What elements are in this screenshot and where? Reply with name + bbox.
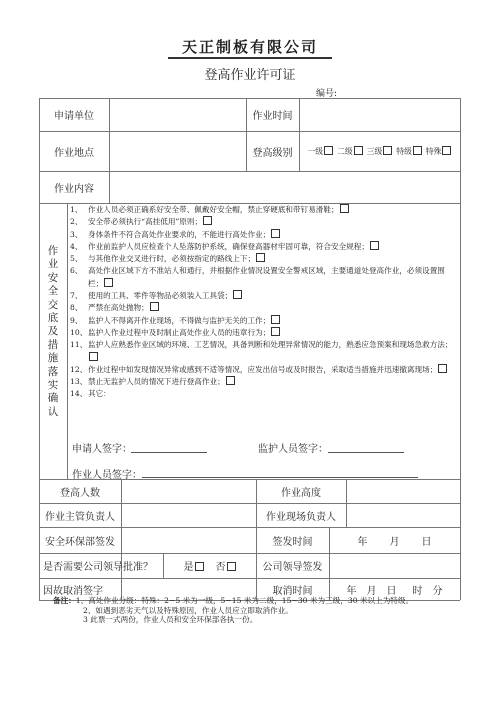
checkbox[interactable]	[354, 146, 363, 155]
checkbox[interactable]	[413, 146, 422, 155]
checkbox[interactable]	[442, 146, 451, 155]
item-text: 与其他作业交叉进行时，必须按指定的路线上下；	[88, 253, 265, 265]
note-line-3: 3 此票一式两份，作业人员和安全环保部各执一份。	[53, 615, 413, 625]
item-number: 7、	[70, 290, 88, 302]
hour-label: 时	[413, 582, 423, 597]
section-label-char: 全	[39, 285, 67, 298]
item-text-content: 高处作业区域下方不准站人和通行，并根据作业情况设置安全警戒区域，主要通道处登高作…	[88, 266, 445, 287]
level-option-1[interactable]: 一级	[308, 146, 334, 157]
height-level-label: 登高级别	[246, 131, 299, 171]
item-text: 高处作业区域下方不准站人和通行，并根据作业情况设置安全警戒区域，主要通道处登高作…	[88, 265, 460, 290]
section-label-char: 实	[39, 379, 67, 392]
confirm-checkbox[interactable]	[226, 376, 235, 385]
section-label-char: 交	[39, 299, 67, 312]
safety-item: 11、监护人应熟悉作业区域的环境、工艺情况，具备判断和处理异常情况的能力，熟悉应…	[70, 339, 460, 364]
height-level-options: 一级 二级 三级 特级 特殊	[299, 131, 460, 171]
safety-item: 9、监护人不得离开作业现场，不得做与监护无关的工作；	[70, 315, 460, 327]
section-label-char: 底	[39, 312, 67, 325]
safety-item: 13、禁止无监护人员的情况下进行登高作业；	[70, 376, 460, 388]
divider	[67, 203, 68, 479]
confirm-checkbox[interactable]	[104, 278, 113, 287]
safety-item: 5、与其他作业交叉进行时，必须按指定的路线上下；	[70, 253, 460, 265]
work-content-field[interactable]	[110, 172, 460, 203]
item-text-content: 监护人应熟悉作业区域的环境、工艺情况，具备判断和处理异常情况的能力，熟悉应急预案…	[88, 340, 453, 349]
confirm-checkbox[interactable]	[340, 204, 349, 213]
notes-label: 备注：	[53, 596, 76, 605]
checkbox[interactable]	[195, 562, 204, 571]
safety-item: 1、作业人员必须正确系好安全带、佩戴好安全帽，禁止穿硬底和带钉易滑鞋；	[70, 204, 460, 216]
item-number: 3、	[70, 229, 88, 241]
level-option-2[interactable]: 二级	[337, 146, 363, 157]
item-number: 12、	[70, 364, 88, 376]
safety-items-list: 1、作业人员必须正确系好安全带、佩戴好安全帽，禁止穿硬底和带钉易滑鞋；2、安全带…	[70, 204, 460, 401]
note-line-2: 2、如遇到恶劣天气以及特殊原因，作业人员应立即取消作业。	[53, 606, 413, 616]
level-option-special-grade[interactable]: 特级	[396, 146, 422, 157]
year-label: 年	[347, 582, 357, 597]
applicant-sign-field[interactable]	[131, 452, 207, 453]
level-option-3[interactable]: 三级	[367, 146, 393, 157]
section-label-char: 及	[39, 325, 67, 338]
safety-item: 3、身体条件不符合高处作业要求的，不能进行高处作业；	[70, 229, 460, 241]
section-label-char: 落	[39, 366, 67, 379]
confirm-checkbox[interactable]	[271, 327, 280, 336]
safety-item: 6、高处作业区域下方不准站人和通行，并根据作业情况设置安全警戒区域，主要通道处登…	[70, 265, 460, 290]
safety-item: 12、作业过程中如发现情况异常或感到不适等情况，应发出信号或及时报告，采取适当措…	[70, 364, 460, 376]
item-text: 禁止无监护人员的情况下进行登高作业；	[88, 376, 235, 388]
checkbox[interactable]	[324, 146, 333, 155]
item-text: 监护人作业过程中及时制止高处作业人员的违章行为；	[88, 327, 280, 339]
confirm-checkbox[interactable]	[150, 302, 159, 311]
work-location-label: 作业地点	[39, 131, 109, 171]
item-text: 作业过程中如发现情况异常或感到不适等情况，应发出信号或及时报告，采取适当措施并迅…	[88, 364, 447, 376]
item-number: 11、	[70, 339, 88, 364]
approval-yes-option[interactable]: 是	[184, 558, 204, 573]
item-text-content: 作业人员必须正确系好安全带、佩戴好安全帽，禁止穿硬底和带钉易滑鞋；	[88, 205, 339, 214]
item-number: 2、	[70, 216, 88, 228]
item-text: 作业前监护人员应检查个人坠落防护系统，确保登高器材牢固可靠，符合安全规程；	[88, 241, 379, 253]
section-label-char: 施	[39, 352, 67, 365]
item-text: 身体条件不符合高处作业要求的，不能进行高处作业；	[88, 229, 280, 241]
climbers-count-field[interactable]	[122, 480, 256, 503]
level-label: 特殊	[426, 147, 442, 156]
safety-dept-field[interactable]	[122, 528, 256, 553]
confirm-checkbox[interactable]	[271, 229, 280, 238]
worker-sign-field[interactable]	[142, 477, 418, 478]
day-label: 日	[422, 533, 432, 548]
item-number: 8、	[70, 302, 88, 314]
site-manager-label: 作业现场负责人	[256, 503, 346, 527]
item-number: 6、	[70, 265, 88, 290]
item-text-content: 禁止无监护人员的情况下进行登高作业；	[88, 377, 225, 386]
level-label: 二级	[337, 147, 353, 156]
item-text-content: 监护人作业过程中及时制止高处作业人员的违章行为；	[88, 328, 270, 337]
leader-sign-field[interactable]	[330, 554, 460, 578]
work-height-field[interactable]	[347, 480, 460, 503]
item-text: 其它：	[88, 388, 111, 400]
divider	[460, 98, 461, 600]
climbers-count-label: 登高人数	[39, 479, 121, 503]
safety-section-label: 作业安全交底及措施落实确认	[39, 245, 67, 419]
guardian-sign-label: 监护人员签字：	[258, 440, 328, 455]
level-label: 三级	[367, 147, 383, 156]
checkbox[interactable]	[383, 146, 392, 155]
item-text: 作业人员必须正确系好安全带、佩戴好安全帽，禁止穿硬底和带钉易滑鞋；	[88, 204, 349, 216]
item-text: 监护人应熟悉作业区域的环境、工艺情况，具备判断和处理异常情况的能力，熟悉应急预案…	[88, 339, 460, 364]
safety-item: 8、严禁在高处抛物；	[70, 302, 460, 314]
leader-sign-label: 公司领导签发	[256, 553, 329, 578]
item-number: 13、	[70, 376, 88, 388]
work-location-field[interactable]	[110, 132, 246, 171]
supervisor-label: 作业主管负责人	[39, 503, 121, 527]
confirm-checkbox[interactable]	[233, 290, 242, 299]
level-option-special[interactable]: 特殊	[426, 146, 452, 157]
safety-item: 14、其它：	[70, 388, 460, 400]
yes-label: 是	[184, 562, 194, 573]
issue-date-field[interactable]: 年 月 日	[329, 527, 460, 553]
item-text-content: 使用的工具、零件等物品必须装入工具袋；	[88, 291, 232, 300]
item-text: 监护人不得离开作业现场，不得做与监护无关的工作；	[88, 315, 280, 327]
approval-no-option[interactable]: 否	[216, 558, 236, 573]
need-approval-label: 是否需要公司领导批准？	[39, 553, 161, 578]
issue-time-label: 签发时间	[256, 527, 329, 553]
work-content-label: 作业内容	[39, 171, 109, 203]
site-manager-field[interactable]	[347, 504, 460, 527]
item-number: 1、	[70, 204, 88, 216]
note-text: 1、高处作业分级：特殊：2~5 米为一级，5~15 米为二级，15~30 米为三…	[76, 596, 413, 605]
work-time-label: 作业时间	[246, 98, 299, 131]
company-name: 天正制板有限公司	[0, 36, 500, 57]
note-line-1: 备注：1、高处作业分级：特殊：2~5 米为一级，5~15 米为二级，15~30 …	[53, 596, 413, 606]
checkbox[interactable]	[227, 562, 236, 571]
item-text: 严禁在高处抛物；	[88, 302, 159, 314]
item-text: 安全带必须执行“高挂低用”原则；	[88, 216, 212, 228]
level-label: 一级	[308, 147, 324, 156]
item-text: 使用的工具、零件等物品必须装入工具袋；	[88, 290, 242, 302]
section-label-char: 认	[39, 406, 67, 419]
item-text-content: 身体条件不符合高处作业要求的，不能进行高处作业；	[88, 230, 270, 239]
item-number: 9、	[70, 315, 88, 327]
item-text-content: 严禁在高处抛物；	[88, 303, 149, 312]
note-text: 3 此票一式两份，作业人员和安全环保部各执一份。	[83, 615, 257, 624]
approval-options: 是 否	[163, 553, 256, 578]
item-text-content: 作业前监护人员应检查个人坠落防护系统，确保登高器材牢固可靠，符合安全规程；	[88, 242, 369, 251]
section-label-char: 作	[39, 245, 67, 258]
level-label: 特级	[396, 147, 412, 156]
notes: 备注：1、高处作业分级：特殊：2~5 米为一级，5~15 米为二级，15~30 …	[53, 596, 413, 625]
confirm-checkbox[interactable]	[370, 241, 379, 250]
guardian-sign-field[interactable]	[328, 452, 404, 453]
confirm-checkbox[interactable]	[89, 352, 98, 361]
item-number: 5、	[70, 253, 88, 265]
day-label: 日	[387, 582, 397, 597]
applicant-sign-label: 申请人签字：	[72, 440, 132, 455]
confirm-checkbox[interactable]	[256, 253, 265, 262]
year-label: 年	[358, 533, 368, 548]
safety-item: 7、使用的工具、零件等物品必须装入工具袋；	[70, 290, 460, 302]
work-height-label: 作业高度	[256, 479, 346, 503]
applicant-unit-label: 申请单位	[39, 98, 109, 131]
confirm-checkbox[interactable]	[203, 216, 212, 225]
item-text-content: 安全带必须执行“高挂低用”原则；	[88, 217, 202, 226]
item-number: 14、	[70, 388, 88, 400]
minute-label: 分	[433, 582, 443, 597]
safety-dept-label: 安全环保部签发	[39, 527, 121, 553]
item-text-content: 作业过程中如发现情况异常或感到不适等情况，应发出信号或及时报告，采取适当措施并迅…	[88, 365, 437, 374]
applicant-unit-field[interactable]	[110, 99, 246, 131]
section-label-char: 确	[39, 392, 67, 405]
confirm-checkbox[interactable]	[271, 315, 280, 324]
safety-item: 2、安全带必须执行“高挂低用”原则；	[70, 216, 460, 228]
item-number: 10、	[70, 327, 88, 339]
month-label: 月	[390, 533, 400, 548]
section-label-char: 安	[39, 272, 67, 285]
item-text-content: 监护人不得离开作业现场，不得做与监护无关的工作；	[88, 316, 270, 325]
no-label: 否	[216, 562, 226, 573]
serial-number-field[interactable]	[338, 84, 458, 96]
month-label: 月	[367, 582, 377, 597]
confirm-checkbox[interactable]	[438, 364, 447, 373]
safety-item: 4、作业前监护人员应检查个人坠落防护系统，确保登高器材牢固可靠，符合安全规程；	[70, 241, 460, 253]
safety-item: 10、监护人作业过程中及时制止高处作业人员的违章行为；	[70, 327, 460, 339]
item-text-content: 与其他作业交叉进行时，必须按指定的路线上下；	[88, 254, 255, 263]
supervisor-field[interactable]	[122, 504, 256, 527]
item-text-content: 其它：	[88, 389, 111, 398]
section-label-char: 措	[39, 339, 67, 352]
company-name-text: 天正制板有限公司	[168, 38, 332, 59]
note-text: 2、如遇到恶劣天气以及特殊原因，作业人员应立即取消作业。	[83, 606, 293, 615]
item-number: 4、	[70, 241, 88, 253]
document-title: 登高作业许可证	[0, 64, 500, 83]
work-time-field[interactable]	[300, 99, 460, 131]
section-label-char: 业	[39, 258, 67, 271]
